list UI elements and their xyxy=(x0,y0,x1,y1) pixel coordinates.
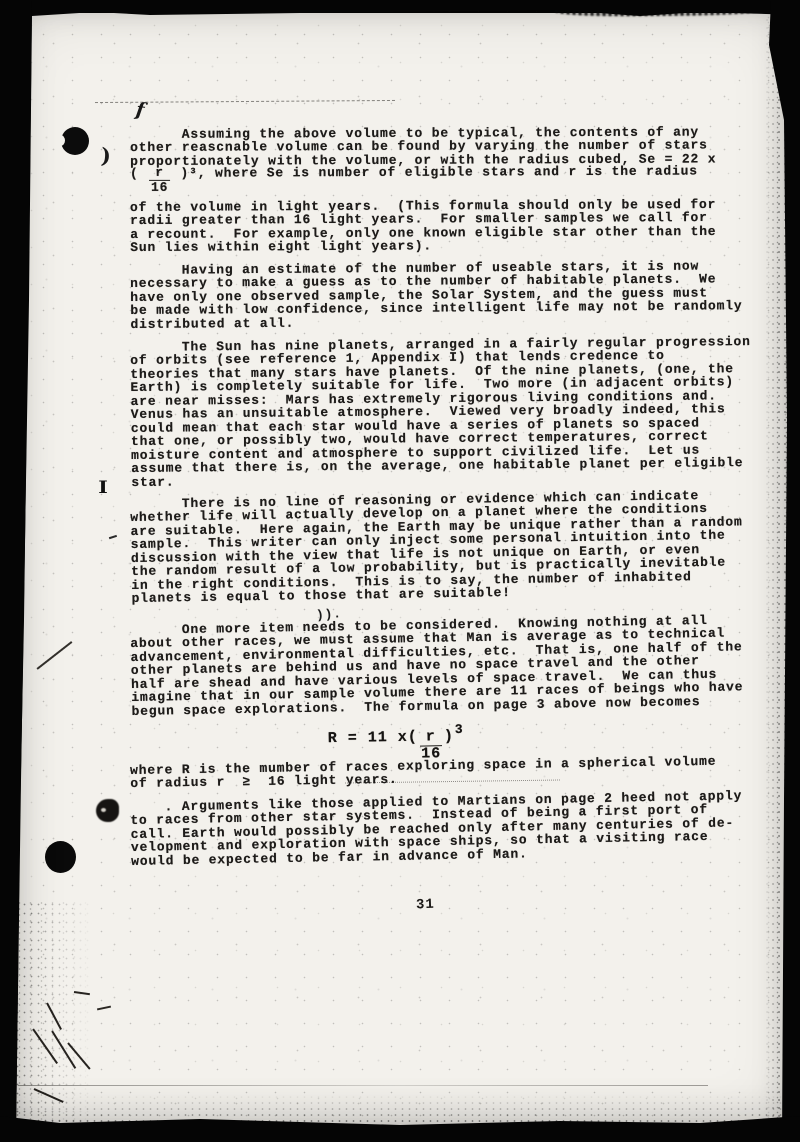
formula-exponent: 3 xyxy=(455,723,464,737)
formula-numerator: r xyxy=(420,730,442,746)
page-number: 31 xyxy=(416,897,435,914)
formula-fraction: r16 xyxy=(420,730,443,761)
paragraph-5: One more item needs to be considered. Kn… xyxy=(130,613,744,718)
fraction-denominator: 16 xyxy=(151,181,168,195)
ink-blob-mark xyxy=(96,799,119,822)
scanned-typewritten-page: { "document": { "paragraph1_top": [ " As… xyxy=(0,0,800,1142)
fraction-line-rest: )³, where Se is number of eligible stars… xyxy=(172,165,698,181)
paragraph-1-bottom: of the volume in light years. (This form… xyxy=(130,198,717,255)
formula-open-paren: ( xyxy=(408,731,418,745)
inline-fraction: r16 xyxy=(149,167,170,195)
punch-dot-mark xyxy=(45,841,76,873)
paragraph-6: . Arguments like those applied to Martia… xyxy=(130,789,743,868)
paragraph-3: The Sun has nine planets, arranged in a … xyxy=(130,335,752,489)
scratch-line-bottom xyxy=(18,1085,708,1086)
fraction-open-paren: ( xyxy=(130,167,147,181)
formula-close-paren: ) xyxy=(444,730,454,744)
crescent-mark: ) xyxy=(100,143,112,169)
paragraph-1-fraction-line: ( r16 )³, where Se is number of eligible… xyxy=(130,165,698,195)
fraction-numerator: r xyxy=(149,167,170,181)
hole-punch-mark xyxy=(61,127,89,155)
paragraph-2: Having an estimate of the number of usea… xyxy=(130,259,743,331)
paragraph-1-top: Assuming the above volume to be typical,… xyxy=(130,125,716,168)
formula-prefix: R = 11 x xyxy=(328,731,408,746)
margin-bar-mark: I xyxy=(98,478,108,498)
paragraph-4: There is no line of reasoning or evidenc… xyxy=(130,488,744,605)
